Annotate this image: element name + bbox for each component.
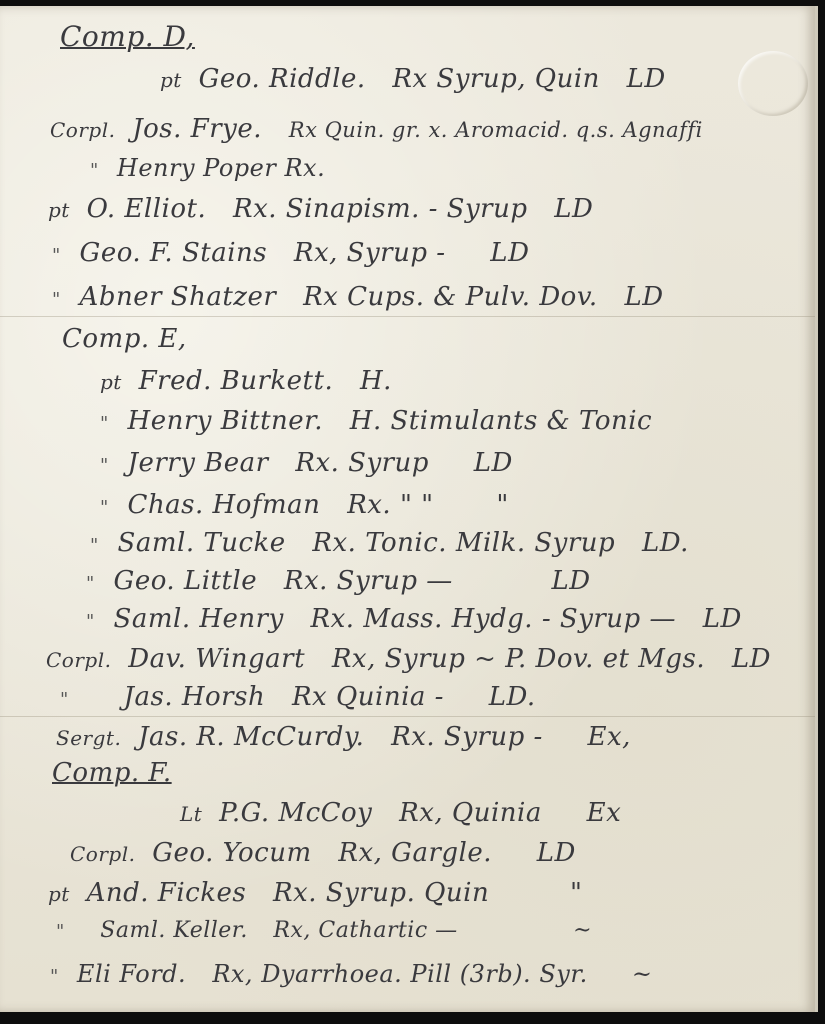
- ditto-mark: ": [86, 611, 95, 632]
- roster-entry: " Saml. Tucke Rx. Tonic. Milk. Syrup LD.: [90, 528, 689, 558]
- entry-treatment: Rx Syrup, Quin: [392, 64, 599, 94]
- entry-status: LD: [537, 838, 576, 868]
- ditto-mark: ": [52, 289, 61, 310]
- embossed-seal: [738, 51, 808, 116]
- entry-treatment: Rx, Cathartic —: [273, 918, 457, 943]
- entry-treatment: H. Stimulants & Tonic: [350, 406, 652, 436]
- entry-treatment: Rx. Tonic. Milk. Syrup: [312, 528, 615, 558]
- entry-name: P.G. McCoy: [219, 798, 372, 828]
- entry-status: LD: [627, 64, 666, 94]
- entry-treatment: Rx. Syrup: [295, 448, 429, 478]
- section-heading-comp-d: Comp. D,: [60, 20, 195, 53]
- roster-entry: " Jerry Bear Rx. Syrup LD: [100, 448, 513, 478]
- ditto-mark: ": [86, 573, 95, 594]
- entry-name: Eli Ford.: [77, 960, 186, 988]
- entry-treatment: Rx, Syrup ~ P. Dov. et Mgs.: [332, 644, 705, 674]
- entry-status: ": [496, 490, 508, 520]
- entry-name: And. Fickes: [87, 878, 247, 908]
- entry-name: Henry Poper: [117, 154, 276, 182]
- entry-treatment: Rx. Syrup —: [284, 566, 453, 596]
- paper-sheet: Comp. D, pt Geo. Riddle. Rx Syrup, Quin …: [0, 6, 818, 1012]
- entry-status: LD: [490, 238, 529, 268]
- roster-entry: " Saml. Henry Rx. Mass. Hydg. - Syrup — …: [86, 604, 742, 634]
- entry-status: LD.: [489, 682, 536, 712]
- entry-status: ": [570, 878, 582, 908]
- entry-name: Geo. Little: [114, 566, 258, 596]
- roster-entry: " Saml. Keller. Rx, Cathartic — ~: [56, 918, 592, 943]
- entry-treatment: Rx.: [284, 154, 325, 182]
- entry-treatment: Rx Quin. gr. x. Aromacid. q.s. Agnaffi: [289, 118, 703, 142]
- ditto-mark: ": [100, 413, 109, 434]
- entry-name: Geo. Yocum: [152, 838, 311, 868]
- section-heading-comp-f: Comp. F.: [52, 758, 172, 788]
- entry-name: Saml. Keller.: [100, 918, 248, 943]
- roster-entry: Corpl. Dav. Wingart Rx, Syrup ~ P. Dov. …: [46, 644, 771, 674]
- entry-treatment: Rx. Syrup. Quin: [273, 878, 489, 908]
- roster-entry: Lt P.G. McCoy Rx, Quinia Ex: [180, 798, 621, 828]
- entry-name: Dav. Wingart: [128, 644, 305, 674]
- entry-name: Saml. Henry: [114, 604, 284, 634]
- entry-status: LD: [732, 644, 771, 674]
- roster-entry: pt O. Elliot. Rx. Sinapism. - Syrup LD: [48, 194, 593, 224]
- roster-entry: Sergt. Jas. R. McCurdy. Rx. Syrup - Ex,: [56, 722, 631, 752]
- ditto-mark: ": [90, 535, 99, 556]
- roster-entry: pt Fred. Burkett. H.: [100, 366, 392, 396]
- entry-status: LD: [552, 566, 591, 596]
- entry-prefix: pt: [160, 68, 182, 92]
- entry-status: Ex: [587, 798, 622, 828]
- fold-line: [0, 716, 815, 717]
- roster-entry: pt Geo. Riddle. Rx Syrup, Quin LD: [160, 64, 666, 94]
- entry-prefix: Corpl.: [70, 842, 135, 866]
- ditto-mark: ": [56, 921, 65, 942]
- entry-status: LD: [624, 282, 663, 312]
- ditto-mark: ": [100, 497, 109, 518]
- ditto-mark: ": [100, 455, 109, 476]
- roster-entry: " Geo. F. Stains Rx, Syrup - LD: [52, 238, 529, 268]
- ditto-mark: ": [90, 160, 99, 181]
- entry-name: Jos. Frye.: [132, 114, 262, 144]
- entry-prefix: pt: [48, 882, 70, 906]
- entry-name: Saml. Tucke: [118, 528, 286, 558]
- entry-name: Abner Shatzer: [80, 282, 277, 312]
- roster-entry: " Henry Bittner. H. Stimulants & Tonic: [100, 406, 652, 436]
- entry-prefix: Corpl.: [46, 648, 111, 672]
- entry-status: ~: [573, 918, 592, 943]
- roster-entry: pt And. Fickes Rx. Syrup. Quin ": [48, 878, 582, 908]
- entry-treatment: Rx Quinia -: [292, 682, 444, 712]
- fold-line: [0, 316, 815, 317]
- entry-name: Geo. F. Stains: [80, 238, 268, 268]
- entry-treatment: Rx. Sinapism. - Syrup: [233, 194, 528, 224]
- entry-treatment: Rx. Syrup -: [391, 722, 543, 752]
- roster-entry: Corpl. Geo. Yocum Rx, Gargle. LD: [70, 838, 576, 868]
- entry-prefix: Corpl.: [50, 118, 115, 142]
- entry-status: LD: [703, 604, 742, 634]
- entry-treatment: Rx Cups. & Pulv. Dov.: [303, 282, 598, 312]
- section-heading-comp-e: Comp. E,: [62, 324, 187, 354]
- entry-treatment: Rx. " ": [347, 490, 433, 520]
- roster-entry: " Chas. Hofman Rx. " " ": [100, 490, 509, 520]
- entry-name: Geo. Riddle.: [199, 64, 366, 94]
- roster-entry: " Abner Shatzer Rx Cups. & Pulv. Dov. LD: [52, 282, 664, 312]
- entry-name: Henry Bittner.: [128, 406, 323, 436]
- entry-status: Ex,: [588, 722, 631, 752]
- entry-status: LD: [474, 448, 513, 478]
- roster-entry: " Jas. Horsh Rx Quinia - LD.: [60, 682, 536, 712]
- entry-name: Jas. Horsh: [124, 682, 266, 712]
- entry-treatment: Rx, Syrup -: [294, 238, 446, 268]
- entry-treatment: Rx, Dyarrhoea. Pill (3rb). Syr.: [212, 960, 587, 988]
- entry-status: LD: [554, 194, 593, 224]
- roster-entry: " Eli Ford. Rx, Dyarrhoea. Pill (3rb). S…: [50, 960, 653, 988]
- roster-entry: " Henry Poper Rx.: [90, 154, 325, 182]
- roster-entry: Corpl. Jos. Frye. Rx Quin. gr. x. Aromac…: [50, 114, 703, 144]
- entry-name: Fred. Burkett.: [139, 366, 334, 396]
- entry-name: Jerry Bear: [128, 448, 269, 478]
- entry-status: ~: [632, 960, 653, 988]
- entry-name: Jas. R. McCurdy.: [138, 722, 364, 752]
- entry-prefix: Sergt.: [56, 726, 121, 750]
- ditto-mark: ": [50, 966, 59, 987]
- entry-name: Chas. Hofman: [128, 490, 321, 520]
- entry-prefix: pt: [48, 198, 70, 222]
- entry-status: LD.: [642, 528, 689, 558]
- entry-prefix: Lt: [180, 802, 202, 826]
- entry-treatment: Rx, Gargle.: [338, 838, 492, 868]
- ditto-mark: ": [60, 689, 69, 710]
- roster-entry: " Geo. Little Rx. Syrup — LD: [86, 566, 591, 596]
- entry-treatment: Rx, Quinia: [399, 798, 542, 828]
- entry-name: O. Elliot.: [87, 194, 207, 224]
- entry-prefix: pt: [100, 370, 122, 394]
- entry-treatment: Rx. Mass. Hydg. - Syrup —: [311, 604, 676, 634]
- ditto-mark: ": [52, 245, 61, 266]
- entry-treatment: H.: [360, 366, 392, 396]
